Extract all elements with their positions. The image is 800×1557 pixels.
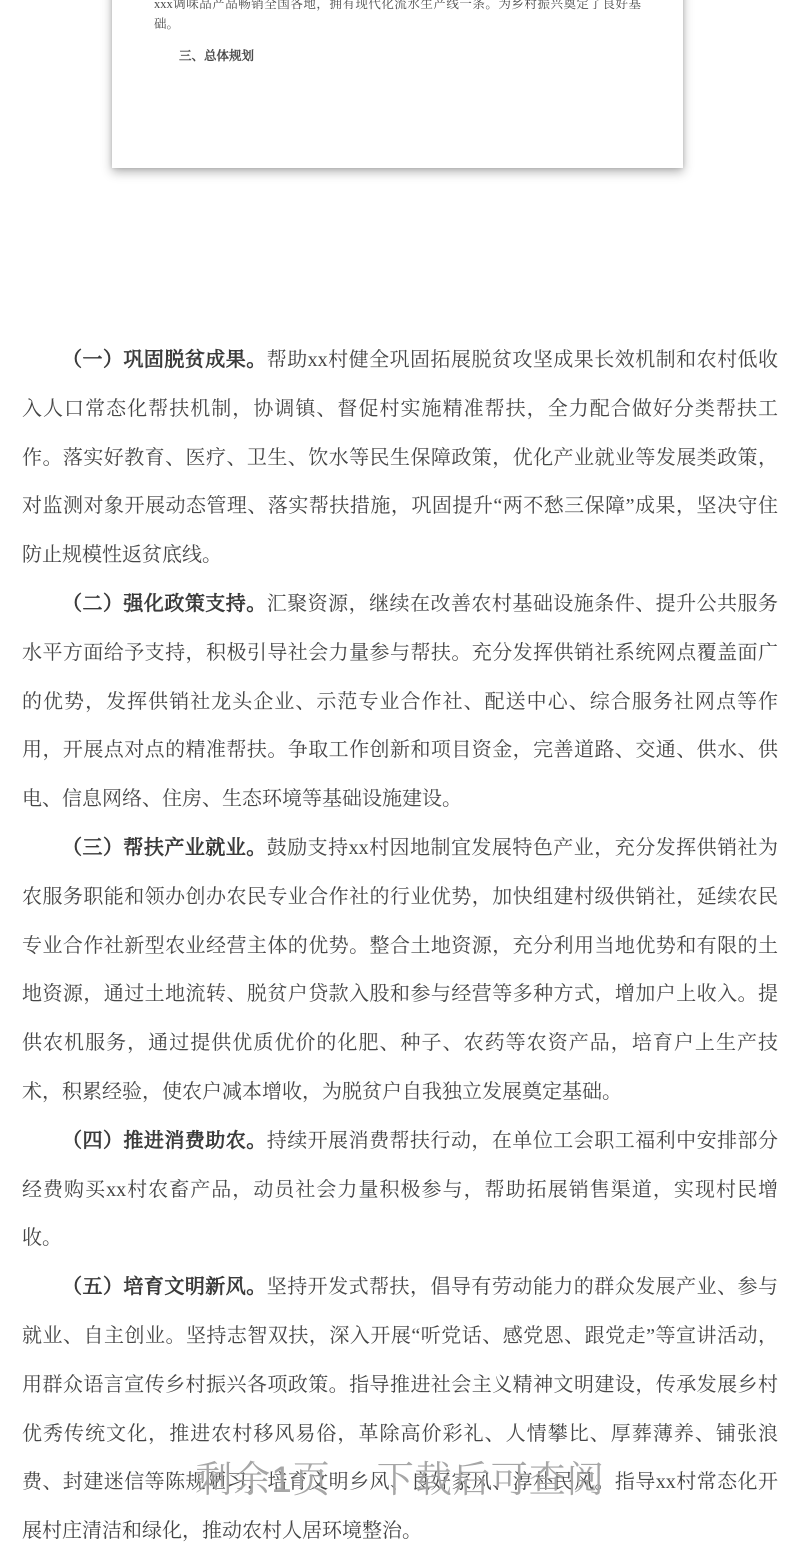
download-hint-label: 下载后可查阅 bbox=[377, 1449, 605, 1503]
paragraph-2-text: 汇聚资源，继续在改善农村基础设施条件、提升公共服务水平方面给予支持，积极引导社会… bbox=[22, 593, 778, 810]
document-text-body: （一）巩固脱贫成果。帮助xx村健全巩固拓展脱贫攻坚成果长效机制和农村低收入人口常… bbox=[22, 336, 778, 1556]
paragraph-5-title: （五）培育文明新风。 bbox=[62, 1276, 267, 1298]
paragraph-4: （四）推进消费助农。持续开展消费帮扶行动，在单位工会职工福利中安排部分经费购买x… bbox=[22, 1117, 778, 1263]
remaining-pages-label: 剩余1页 bbox=[195, 1449, 331, 1503]
paragraph-1-text: 帮助xx村健全巩固拓展脱贫攻坚成果长效机制和农村低收入人口常态化帮扶机制，协调镇… bbox=[22, 349, 778, 566]
paragraph-3-text: 鼓励支持xx村因地制宜发展特色产业，充分发挥供销社为农服务职能和领办创办农民专业… bbox=[22, 837, 778, 1103]
document-page-preview: xxx调味品产品畅销全国各地，拥有现代化流水生产线一条。为乡村振兴奠定了良好基础… bbox=[112, 0, 683, 168]
preview-section-heading: 三、总体规划 bbox=[154, 46, 641, 66]
paragraph-4-title: （四）推进消费助农。 bbox=[62, 1130, 267, 1152]
paragraph-1-title: （一）巩固脱贫成果。 bbox=[62, 349, 267, 371]
paragraph-5: （五）培育文明新风。坚持开发式帮扶，倡导有劳动能力的群众发展产业、参与就业、自主… bbox=[22, 1263, 778, 1556]
paragraph-2-title: （二）强化政策支持。 bbox=[62, 593, 267, 615]
preview-clipped-line: xxx调味品产品畅销全国各地，拥有现代化流水生产线一条。为乡村振兴奠定了良好基础… bbox=[154, 0, 641, 34]
paragraph-3-title: （三）帮扶产业就业。 bbox=[62, 837, 267, 859]
paragraph-2: （二）强化政策支持。汇聚资源，继续在改善农村基础设施条件、提升公共服务水平方面给… bbox=[22, 580, 778, 824]
remaining-pages-banner[interactable]: 剩余1页 下载后可查阅 bbox=[0, 1449, 800, 1503]
paragraph-3: （三）帮扶产业就业。鼓励支持xx村因地制宜发展特色产业，充分发挥供销社为农服务职… bbox=[22, 824, 778, 1117]
paragraph-1: （一）巩固脱贫成果。帮助xx村健全巩固拓展脱贫攻坚成果长效机制和农村低收入人口常… bbox=[22, 336, 778, 580]
